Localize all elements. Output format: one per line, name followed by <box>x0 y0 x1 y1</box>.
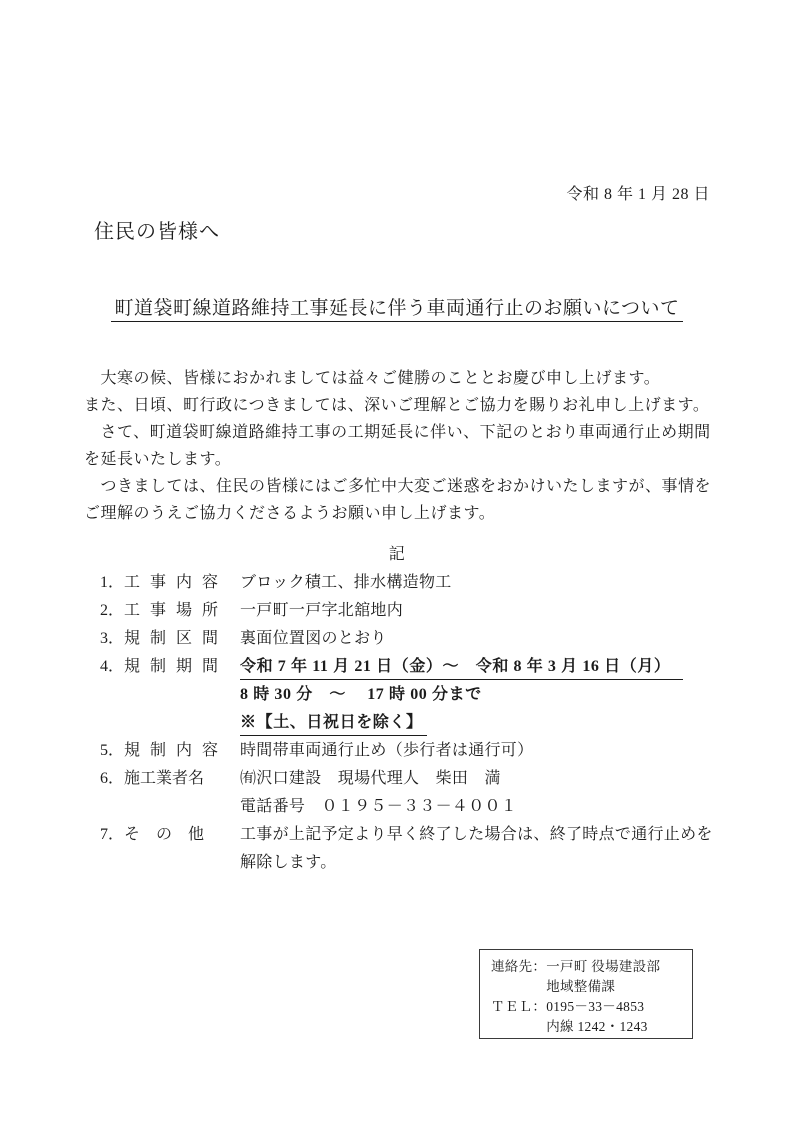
item-label: 6．施工業者名 <box>100 765 240 793</box>
item-label: 1．工 事 内 容 <box>100 569 240 597</box>
item-value: 令和 7 年 11 月 21 日（金）～ 令和 8 年 3 月 16 日（月） … <box>240 653 710 737</box>
item-line: 解除します。 <box>240 849 713 877</box>
item-line-text: ブロック積工、排水構造物工 <box>240 574 452 591</box>
contact-line: 地域整備課 <box>491 977 688 997</box>
item-line-text: 工事が上記予定より早く終了した場合は、終了時点で通行止めを <box>240 826 713 843</box>
list-item: 1．工 事 内 容ブロック積工、排水構造物工 <box>100 569 710 597</box>
item-line: 8 時 30 分 ～ 17 時 00 分まで <box>240 681 710 709</box>
body-line: を延長いたします。 <box>84 446 710 473</box>
item-line: ※【土、日祝日を除く】 <box>240 709 710 737</box>
contact-line: 内線 1242・1243 <box>491 1017 688 1037</box>
item-line-text: 8 時 30 分 ～ 17 時 00 分まで <box>240 686 482 703</box>
item-label: 5．規 制 内 容 <box>100 737 240 765</box>
item-label: 3．規 制 区 間 <box>100 625 240 653</box>
item-value: 工事が上記予定より早く終了した場合は、終了時点で通行止めを解除します。 <box>240 821 713 877</box>
item-value: ㈲沢口建設 現場代理人 柴田 満電話番号 ０１９５－３３－４００１ <box>240 765 710 821</box>
item-value: ブロック積工、排水構造物工 <box>240 569 710 597</box>
salutation: 住民の皆様へ <box>94 218 710 246</box>
document-page: 令和 8 年 1 月 28 日 住民の皆様へ 町道袋町線道路維持工事延長に伴う車… <box>0 0 794 1123</box>
item-line-text: 一戸町一戸字北舘地内 <box>240 602 403 619</box>
item-line: 時間帯車両通行止め（歩行者は通行可） <box>240 737 710 765</box>
item-line: ㈲沢口建設 現場代理人 柴田 満 <box>240 765 710 793</box>
item-line-text: ※【土、日祝日を除く】 <box>240 711 427 736</box>
document-date: 令和 8 年 1 月 28 日 <box>84 184 710 206</box>
item-line-text: ㈲沢口建設 現場代理人 柴田 満 <box>240 770 501 787</box>
item-value: 裏面位置図のとおり <box>240 625 710 653</box>
item-line-text: 時間帯車両通行止め（歩行者は通行可） <box>240 742 533 759</box>
body-paragraphs: 大寒の候、皆様におかれましては益々ご健勝のこととお慶び申し上げます。また、日頃、… <box>84 365 710 527</box>
item-label: 7．そ の 他 <box>100 821 240 849</box>
item-line-text: 裏面位置図のとおり <box>240 630 387 647</box>
document-title: 町道袋町線道路維持工事延長に伴う車両通行止のお願いについて <box>111 298 682 322</box>
body-line: また、日頃、町行政につきましては、深いご理解とご協力を賜りお礼申し上げます。 <box>84 392 710 419</box>
list-item: 3．規 制 区 間裏面位置図のとおり <box>100 625 710 653</box>
item-line: 一戸町一戸字北舘地内 <box>240 597 710 625</box>
body-line: 大寒の候、皆様におかれましては益々ご健勝のこととお慶び申し上げます。 <box>84 365 710 392</box>
item-line: 工事が上記予定より早く終了した場合は、終了時点で通行止めを <box>240 821 713 849</box>
item-line: 電話番号 ０１９５－３３－４００１ <box>240 793 710 821</box>
item-line: 令和 7 年 11 月 21 日（金）～ 令和 8 年 3 月 16 日（月） <box>240 653 710 681</box>
item-value: 一戸町一戸字北舘地内 <box>240 597 710 625</box>
item-line-text: 解除します。 <box>240 854 337 871</box>
detail-list: 1．工 事 内 容ブロック積工、排水構造物工2．工 事 場 所一戸町一戸字北舘地… <box>100 569 710 877</box>
list-item: 5．規 制 内 容時間帯車両通行止め（歩行者は通行可） <box>100 737 710 765</box>
item-label: 2．工 事 場 所 <box>100 597 240 625</box>
item-label: 4．規 制 期 間 <box>100 653 240 681</box>
body-line: さて、町道袋町線道路維持工事の工期延長に伴い、下記のとおり車両通行止め期間 <box>84 419 710 446</box>
item-value: 時間帯車両通行止め（歩行者は通行可） <box>240 737 710 765</box>
title-row: 町道袋町線道路維持工事延長に伴う車両通行止のお願いについて <box>84 295 710 322</box>
contact-box: 連絡先：一戸町 役場建設部 地域整備課ＴＥＬ：0195－33－4853 内線 1… <box>479 949 693 1039</box>
contact-line: 連絡先：一戸町 役場建設部 <box>491 957 688 977</box>
body-line: つきましては、住民の皆様にはご多忙中大変ご迷惑をおかけいたしますが、事情を <box>84 473 710 500</box>
item-line: 裏面位置図のとおり <box>240 625 710 653</box>
record-marker: 記 <box>84 541 710 569</box>
list-item: 2．工 事 場 所一戸町一戸字北舘地内 <box>100 597 710 625</box>
body-line: ご理解のうえご協力くださるようお願い申し上げます。 <box>84 500 710 527</box>
item-line-text: 令和 7 年 11 月 21 日（金）～ 令和 8 年 3 月 16 日（月） <box>240 655 683 680</box>
item-line: ブロック積工、排水構造物工 <box>240 569 710 597</box>
contact-line: ＴＥＬ：0195－33－4853 <box>491 997 688 1017</box>
list-item: 4．規 制 期 間令和 7 年 11 月 21 日（金）～ 令和 8 年 3 月… <box>100 653 710 737</box>
list-item: 7．そ の 他工事が上記予定より早く終了した場合は、終了時点で通行止めを解除しま… <box>100 821 710 877</box>
list-item: 6．施工業者名㈲沢口建設 現場代理人 柴田 満電話番号 ０１９５－３３－４００１ <box>100 765 710 821</box>
item-line-text: 電話番号 ０１９５－３３－４００１ <box>240 798 517 815</box>
